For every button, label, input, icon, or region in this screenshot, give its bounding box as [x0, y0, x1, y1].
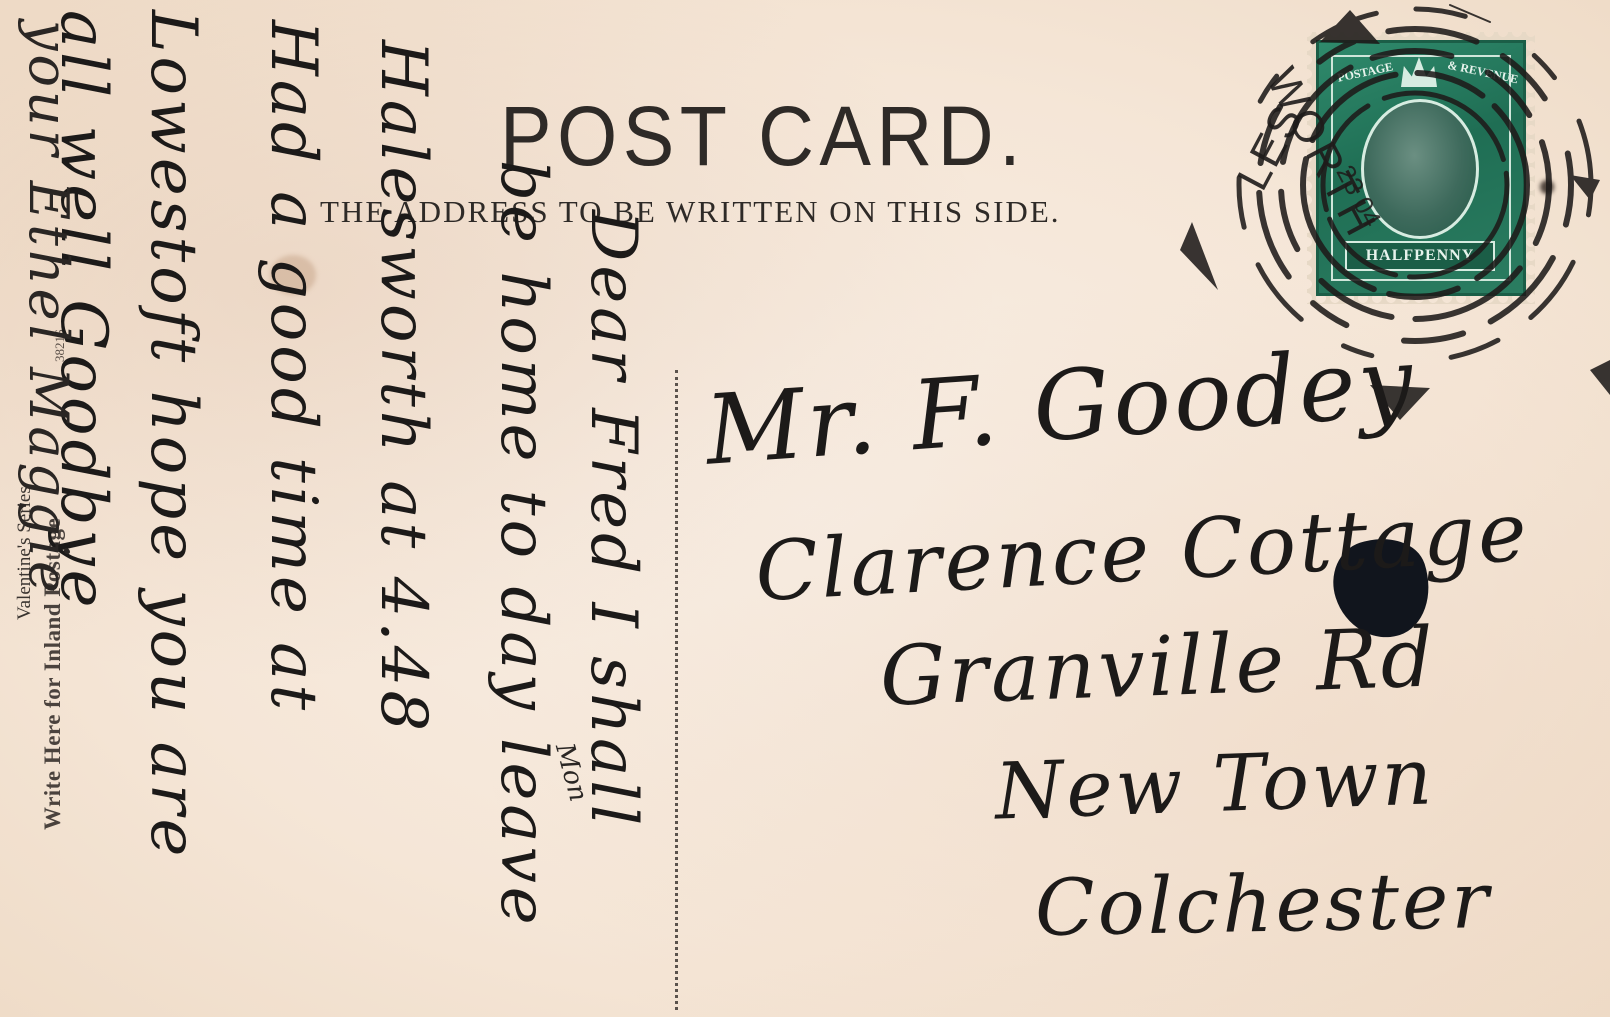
message-line: Lowestoft hope you are [136, 10, 210, 860]
message-signature: your Ethel Maggie [17, 20, 80, 597]
card-title: POST CARD. [500, 88, 1052, 185]
postcard-back: POST CARD. THE ADDRESS TO BE WRITTEN ON … [0, 0, 1610, 1017]
address-line-3: New Town [994, 732, 1437, 837]
message-address-divider [675, 370, 678, 1010]
message-line: Halesworth at 4.48 [366, 40, 440, 735]
recipient-name: Mr. F. Goodey [702, 325, 1419, 486]
message-line: Had a good time at [256, 20, 330, 714]
message-line: be home to day leave [486, 160, 560, 929]
message-line: Dear Fred I shall [576, 210, 650, 829]
ink-speck [1540, 180, 1554, 194]
stamp-value-label: HALFPENNY [1345, 241, 1495, 271]
address-line-2: Granville Rd [879, 610, 1438, 724]
address-line-4: Colchester [1034, 856, 1492, 954]
